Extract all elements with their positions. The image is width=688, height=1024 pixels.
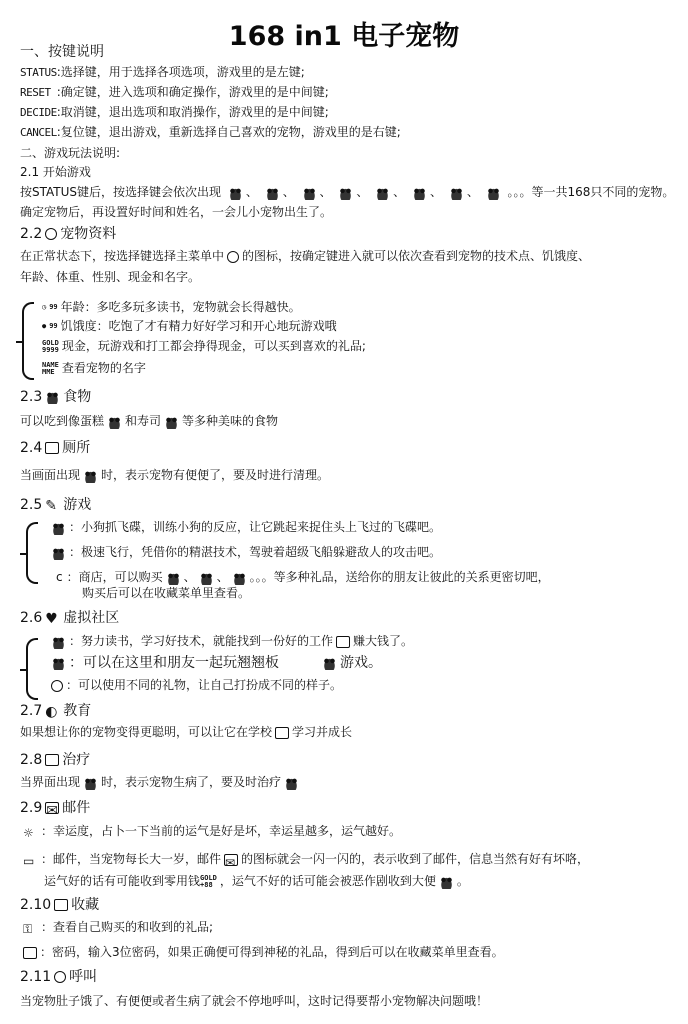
- medkit-icon: [45, 754, 59, 766]
- poop-icon: [83, 469, 98, 483]
- pet-sprite-4-icon: [338, 186, 353, 200]
- gold-icon: GOLD9999: [42, 340, 59, 354]
- cake-icon: [107, 415, 122, 429]
- mail-item-mail: ▭：邮件，当宠物每长大一岁，邮件✉的图标就会一闪一闪的，表示收到了邮件，信息当然…: [20, 851, 589, 867]
- letter-icon: ▭: [23, 853, 38, 867]
- key-row-cancel: CANCEL:复位键，退出游戏，重新选择自己喜欢的宠物，游戏里的是右键;: [20, 124, 401, 141]
- mail-item-mail-cont: 运气好的话有可能收到零用钱GOLD+88，运气不好的话可能会被恶作剧收到大便。: [44, 873, 469, 889]
- pet-sprite-7-icon: [449, 186, 464, 200]
- heart-signal-icon: ♥: [45, 611, 60, 625]
- call-line: 当宠物肚子饿了、有便便或者生病了就会不停地呼叫，这时记得要帮小宠物解决问题哦！: [20, 993, 488, 1009]
- subsection-heading-2-1: 2.1 开始游戏: [20, 164, 91, 180]
- game-item-shop: c：商店，可以购买、、。。。等多种礼品，送给你的朋友让彼此的关系更密切吧，: [52, 569, 550, 585]
- pet-info-line-1: 在正常状态下，按选择键选择主菜单中的图标，按确定键进入就可以依次查看到宠物的技术…: [20, 248, 590, 264]
- education-line: 如果想让你的宠物变得更聪明，可以让它在学校学习并成长: [20, 724, 352, 740]
- subsection-heading-2-10: 2.10收藏: [20, 897, 99, 913]
- instruction-sheet: 168 in1 电子宠物 一、按键说明 STATUS:选择键，用于选择各项选项，…: [0, 0, 688, 1024]
- book-icon: [54, 899, 68, 911]
- pet-sprite-2-icon: [265, 186, 280, 200]
- community-item-dressup: ：可以使用不同的礼物，让自己打扮成不同的样子。: [48, 677, 342, 693]
- collection-item-gifts: ⚿：查看自己购买的和收到的礼品;: [20, 919, 213, 935]
- section-heading-keys: 一、按键说明: [20, 44, 104, 60]
- game-wand-icon: ✎: [45, 498, 60, 512]
- password-box-icon: [23, 947, 37, 959]
- toilet-line: 当画面出现时，表示宠物有便便了，要及时进行清理。: [20, 467, 329, 483]
- pet-info-hunger: ●99饥饿度：吃饱了才有精力好好学习和开心地玩游戏哦: [42, 318, 337, 334]
- collection-item-password: ：密码，输入3位密码，如果正确便可得到神秘的礼品，得到后可以在收藏菜单里查看。: [20, 944, 504, 960]
- treatment-line: 当界面出现时，表示宠物生病了，要及时治疗: [20, 774, 302, 790]
- pet-sprite-5-icon: [375, 186, 390, 200]
- bracket-divider: [22, 302, 34, 380]
- bucket-icon: [45, 442, 59, 454]
- pet-info-name: NAMEMME查看宠物的名字: [42, 360, 146, 376]
- mail-icon: ✉: [224, 854, 238, 866]
- pet-info-age: ◷99年龄：多吃多玩多读书，宠物就会长得越快。: [42, 299, 301, 315]
- spaceship-icon: [51, 546, 66, 560]
- gift-3-icon: [232, 571, 247, 585]
- community-item-seesaw: ：可以在这里和朋友一起玩翘翘板游戏。: [48, 655, 382, 671]
- key-icon: ⚿: [23, 921, 38, 935]
- subsection-heading-2-2: 2.2宠物资料: [20, 226, 116, 242]
- poop-icon: [439, 875, 454, 889]
- food-line: 可以吃到像蛋糕和寿司等多种美味的食物: [20, 413, 278, 429]
- name-icon: NAMEMME: [42, 362, 59, 376]
- dog-frisbee-icon: [51, 521, 66, 535]
- mail-icon: ✉: [45, 802, 59, 814]
- key-row-reset: RESET :确定键，进入选项和确定操作，游戏里的是中间键;: [20, 84, 329, 101]
- game-item-shop-cont: 购买后可以在收藏菜单里查看。: [82, 585, 250, 601]
- community-item-work: ：努力读书，学习好技术，就能找到一份好的工作赚大钱了。: [48, 633, 413, 649]
- subsection-heading-2-11: 2.11呼叫: [20, 969, 97, 985]
- key-row-decide: DECIDE:取消键，退出选项和取消操作，游戏里的是中间键;: [20, 104, 329, 121]
- syringe-icon: [284, 776, 299, 790]
- mail-item-luck: ☼：幸运度，占卜一下当前的运气是好是坏，幸运星越多，运气越好。: [20, 823, 401, 839]
- gold-plus-icon: GOLD+88: [200, 875, 217, 889]
- sick-icon: [83, 776, 98, 790]
- education-icon: ◐: [45, 704, 60, 718]
- sushi-icon: [164, 415, 179, 429]
- study-icon: [51, 635, 66, 649]
- subsection-heading-2-7: 2.7◐教育: [20, 703, 91, 719]
- pet-info-gold: GOLD9999现金，玩游戏和打工都会挣得现金，可以买到喜欢的礼品;: [42, 338, 366, 354]
- drop-icon: ●: [42, 323, 46, 330]
- gift-2-icon: [199, 571, 214, 585]
- subsection-heading-2-4: 2.4厕所: [20, 440, 90, 456]
- subsection-heading-2-3: 2.3食物: [20, 389, 91, 405]
- chef-hat-icon: [45, 390, 60, 404]
- game-item-flight: ：极速飞行，凭借你的精湛技术，驾驶着超级飞船躲避敌人的攻击吧。: [48, 544, 441, 560]
- game-item-frisbee: ：小狗抓飞碟，训练小狗的反应，让它跳起来捉住头上飞过的飞碟吧。: [48, 519, 441, 535]
- pet-face-icon: [45, 228, 57, 240]
- dressup-icon: [51, 680, 63, 692]
- pet-sprite-3-icon: [302, 186, 317, 200]
- office-icon: [336, 636, 350, 648]
- start-game-line-2: 确定宠物后，再设置好时间和姓名，一会儿小宠物出生了。: [20, 204, 332, 220]
- pet-sprite-6-icon: [412, 186, 427, 200]
- call-face-icon: [54, 971, 66, 983]
- key-row-status: STATUS:选择键，用于选择各项选项，游戏里的是左键;: [20, 64, 305, 81]
- subsection-heading-2-6: 2.6♥虚拟社区: [20, 610, 119, 626]
- pet-sprite-8-icon: [486, 186, 501, 200]
- clock-icon: ◷: [42, 304, 46, 311]
- subsection-heading-2-8: 2.8治疗: [20, 752, 90, 768]
- section-heading-gameplay: 二、游戏玩法说明:: [20, 145, 120, 161]
- sun-luck-icon: ☼: [23, 825, 38, 839]
- pet-sprite-1-icon: [228, 186, 243, 200]
- bracket-divider: [26, 522, 38, 584]
- school-icon: [275, 727, 289, 739]
- seesaw-icon: [322, 656, 337, 670]
- subsection-heading-2-5: 2.5✎游戏: [20, 497, 91, 513]
- pet-info-line-2: 年龄、体重、性别、现金和名字。: [20, 269, 200, 285]
- seesaw-friend-icon: [51, 656, 66, 670]
- gift-1-icon: [166, 571, 181, 585]
- bracket-divider: [26, 638, 38, 700]
- subsection-heading-2-9: 2.9✉邮件: [20, 800, 90, 816]
- pet-face-icon: [227, 251, 239, 263]
- start-game-line-1: 按STATUS键后，按选择键会依次出现 、 、 、 、 、 、 、 。。。等一共…: [20, 184, 674, 200]
